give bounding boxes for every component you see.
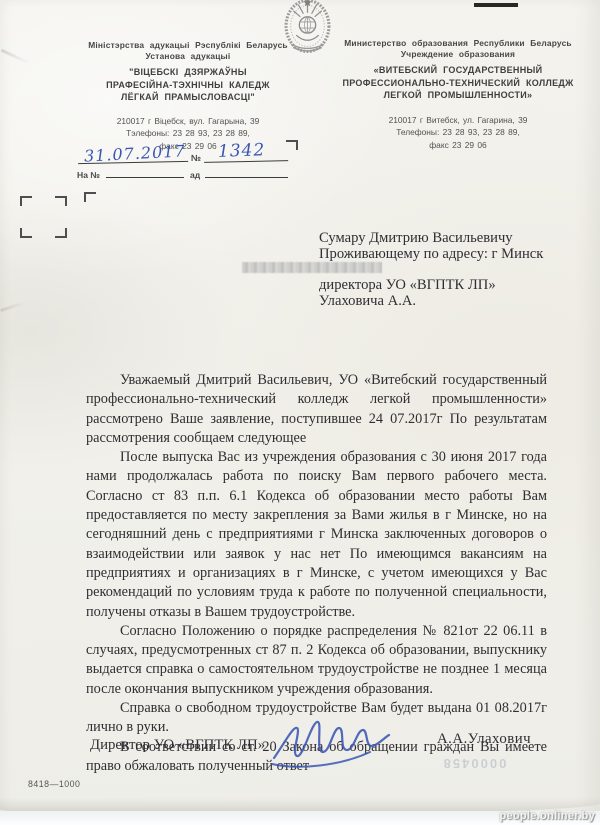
reply-date-underline — [205, 164, 288, 178]
corner-mark — [20, 228, 32, 238]
recipient-address: Проживающему по адресу: г Минск — [319, 246, 579, 262]
scanned-letter-page: Міністэрства адукацыі Рэспублікі Беларус… — [0, 0, 600, 825]
org-type-line: Учреждение образования — [330, 49, 586, 60]
org-name-line: ПРАФЕСІЙНА-ТЭХНІЧНЫ КАЛЕДЖ — [52, 79, 324, 92]
org-fax: факс 23 29 06 — [330, 139, 586, 152]
body-paragraph: Согласно Положению о порядке распределен… — [86, 622, 547, 699]
corner-mark — [20, 196, 32, 206]
org-address: 210017 г Витебск, ул. Гагарина, 39 — [330, 114, 586, 127]
print-order-code: 8418—1000 — [28, 779, 80, 789]
scan-artifact-bar — [474, 3, 518, 7]
org-name-line: «ВИТЕБСКИЙ ГОСУДАРСТВЕННЫЙ — [330, 64, 586, 77]
recipient-name: Сумару Дмитрию Васильевичу — [319, 230, 579, 246]
recipient-block: Сумару Дмитрию Васильевичу Проживающему … — [319, 230, 579, 262]
corner-mark — [55, 196, 67, 206]
body-paragraph: Уважаемый Дмитрий Васильевич, УО «Витебс… — [86, 371, 547, 448]
site-watermark: people.onliner.by — [499, 810, 595, 822]
signer-position: Директор УО «ВГПТК ЛП» — [90, 737, 265, 754]
corner-mark — [55, 228, 67, 238]
corner-mark — [286, 140, 298, 150]
org-name-line: ПРОФЕССИОНАЛЬНО-ТЕХНИЧЕСКИЙ КОЛЛЕДЖ — [330, 77, 586, 90]
number-underline — [204, 145, 288, 163]
letterhead-right: Министерство образования Республики Бела… — [330, 38, 586, 151]
ministry-line: Министерство образования Республики Бела… — [330, 38, 586, 49]
date-underline — [78, 146, 188, 164]
number-sign-label: № — [191, 153, 201, 163]
body-paragraph: После выпуска Вас из учреждения образова… — [86, 448, 547, 622]
reply-from-date-label: ад — [190, 170, 200, 180]
handwritten-signature — [266, 712, 398, 774]
org-name-line: "ВІЦЕБСКІ ДЗЯРЖАЎНЫ — [52, 66, 324, 79]
attention-name: Улаховича А.А. — [319, 293, 579, 309]
org-name-line: ЛЁГКАЙ ПРАМЫСЛОВАСЦІ" — [52, 91, 324, 104]
letterhead-left: Міністэрства адукацыі Рэспублікі Беларус… — [52, 40, 324, 152]
org-phones: Тэлефоны: 23 28 93, 23 28 89, — [52, 127, 324, 140]
attention-block: директора УО «ВГПТК ЛП» Улаховича А.А. — [319, 277, 579, 309]
reply-number-underline — [106, 164, 184, 178]
org-phones: Телефоны: 23 28 93, 23 28 89, — [330, 126, 586, 139]
corner-mark — [84, 192, 96, 202]
org-type-line: Установа адукацыі — [52, 51, 324, 62]
org-address: 210017 г Віцебск, вул. Гагарына, 39 — [52, 115, 324, 128]
show-through-number: 0000458 — [424, 756, 524, 771]
ministry-line: Міністэрства адукацыі Рэспублікі Беларус… — [52, 40, 324, 51]
signer-name: А.А.Улахович — [437, 731, 531, 748]
paper-crease — [0, 301, 26, 312]
reply-to-number-label: На № — [77, 170, 100, 180]
redacted-address-box — [242, 262, 382, 273]
attention-title: директора УО «ВГПТК ЛП» — [319, 277, 579, 293]
org-name-line: ЛЕГКОЙ ПРОМЫШЛЕННОСТИ» — [330, 89, 586, 102]
paper-crease — [1, 49, 29, 64]
